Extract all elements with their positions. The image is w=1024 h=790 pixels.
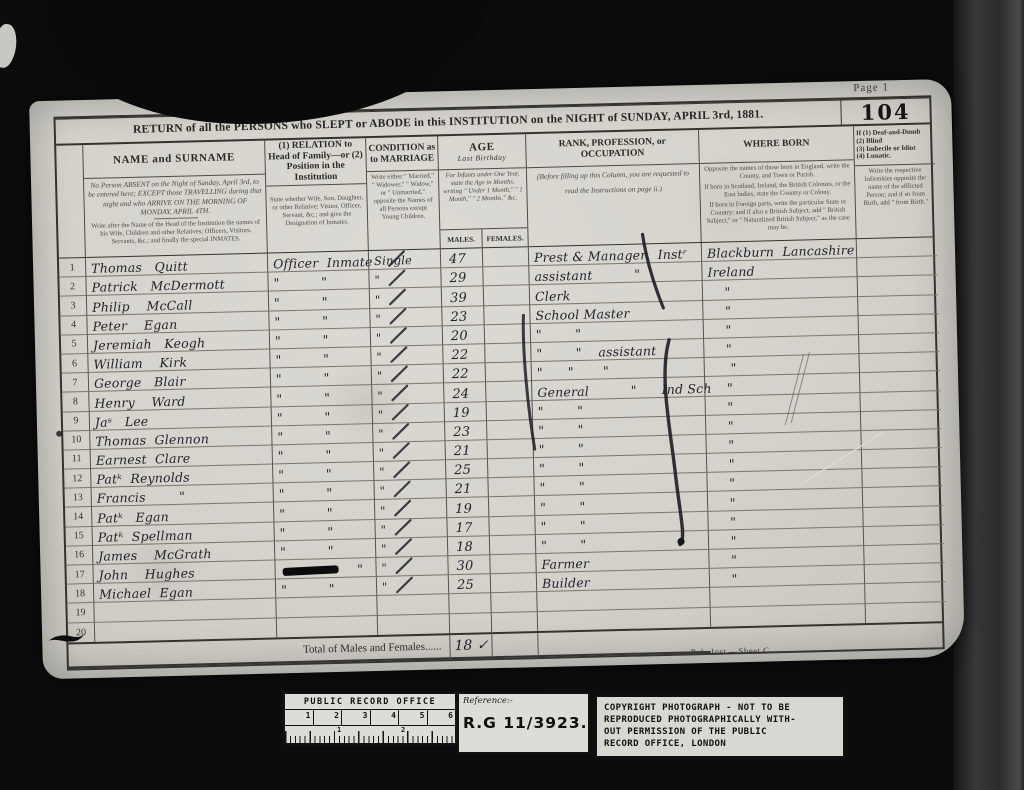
copyright-line: COPYRIGHT PHOTOGRAPH - NOT TO BE	[604, 702, 836, 714]
condition-cell	[376, 595, 448, 616]
row-number: 10	[63, 431, 89, 451]
copyright-box: COPYRIGHT PHOTOGRAPH - NOT TO BE REPRODU…	[594, 694, 846, 759]
torn-paper-scrap	[0, 23, 19, 70]
infirmity-cell	[859, 352, 940, 373]
column-header-name: NAME and SURNAME No Person ABSENT on the…	[82, 141, 267, 257]
male-age-cell: 23	[444, 421, 486, 441]
condition-cell: "	[371, 364, 443, 385]
row-number: 6	[61, 354, 87, 374]
relation-column-note: State whether Wife, Son, Daughter, or ot…	[269, 194, 364, 228]
infirmity-cell	[858, 314, 939, 335]
row-number: 15	[65, 527, 91, 547]
infirmity-cell	[860, 429, 941, 450]
female-age-cell	[491, 612, 537, 632]
ruler-cm-5: 5	[399, 710, 428, 725]
male-age-cell: 29	[440, 268, 482, 288]
male-age-cell: 22	[442, 344, 484, 364]
females-subcolumn-label: FEMALES.	[482, 228, 527, 247]
ruler-cm-4: 4	[371, 710, 400, 725]
relation-cell	[276, 616, 377, 638]
condition-cell: "	[372, 403, 444, 424]
female-age-cell	[490, 592, 536, 612]
row-number: 20	[68, 622, 94, 642]
row-number: 1	[59, 258, 85, 278]
infirmity-cell	[865, 602, 946, 623]
copyright-line: RECORD OFFICE, LONDON	[604, 738, 836, 750]
female-age-cell	[486, 420, 532, 440]
born-column-note1: Opposite the names of those born in Engl…	[703, 162, 851, 182]
reference-number: R.G 11/3923.	[463, 714, 584, 732]
female-age-cell	[482, 247, 528, 267]
name-column-title: NAME and SURNAME	[83, 141, 265, 179]
male-age-cell: 20	[442, 325, 484, 345]
condition-cell: "	[373, 480, 445, 501]
born-column-note2: If born in Scotland, Ireland, the Britis…	[703, 180, 851, 200]
condition-cell	[377, 614, 449, 635]
female-age-cell	[483, 286, 529, 306]
row-number: 8	[62, 392, 88, 412]
column-header-born: WHERE BORN Opposite the names of those b…	[698, 126, 856, 242]
born-column-note3: If born in Foreign parts, write the part…	[704, 198, 853, 234]
female-age-cell	[489, 554, 535, 574]
female-age-cell	[487, 458, 533, 478]
page-number-label: Page 1	[853, 81, 889, 94]
condition-cell: "	[371, 384, 443, 405]
ruler-tick-strip: 1 2	[285, 726, 455, 743]
ruler-cm-6: 6	[428, 710, 456, 725]
infirmity-cell	[856, 237, 937, 258]
sheet-type-label: Pub. Inst.—Sheet C.	[691, 645, 773, 657]
occupation-cell	[537, 607, 710, 630]
pro-title: PUBLIC RECORD OFFICE	[285, 694, 455, 710]
male-age-cell: 25	[445, 459, 487, 479]
row-number: 11	[64, 450, 90, 470]
male-age-cell: 17	[446, 517, 488, 537]
infirmity-cell	[857, 276, 938, 297]
male-age-cell: 19	[444, 402, 486, 422]
table-header: NAME and SURNAME No Person ABSENT on the…	[56, 124, 932, 258]
female-age-cell	[484, 324, 530, 344]
row-number: 14	[65, 507, 91, 527]
relation-cell: " "	[274, 539, 375, 561]
public-record-office-box: PUBLIC RECORD OFFICE 1 2 3 4 5 6 1 2	[283, 692, 457, 745]
infirmity-cell	[859, 371, 940, 392]
condition-cell: "	[369, 288, 441, 309]
born-cell	[710, 604, 865, 627]
born-column-title: WHERE BORN	[699, 126, 854, 164]
male-age-cell: 23	[441, 306, 483, 326]
female-age-cell	[489, 535, 535, 555]
infirmity-cell	[864, 563, 945, 584]
infirmity-cell	[863, 525, 944, 546]
folio-number-stamp: 104	[860, 98, 910, 124]
condition-cell: "	[373, 460, 445, 481]
table-body: 1Thomas QuittOfficer InmateSingle47Prest…	[59, 237, 942, 644]
condition-cell: "	[375, 556, 447, 577]
female-age-cell	[483, 305, 529, 325]
column-header-condition: CONDITION as to MARRIAGE Write either " …	[365, 136, 440, 250]
female-age-cell	[488, 497, 534, 517]
infirmity-cell	[862, 487, 943, 508]
relation-cell	[275, 596, 376, 618]
male-age-cell: 22	[443, 363, 485, 383]
census-table: RETURN of all the PERSONS who SLEPT or A…	[53, 95, 944, 670]
folio-stamp-cell: 104	[840, 98, 930, 124]
condition-cell: "	[372, 422, 444, 443]
row-number: 5	[61, 335, 87, 355]
male-age-cell: 21	[445, 479, 487, 499]
reference-box: Reference:- R.G 11/3923.	[457, 692, 590, 754]
female-age-cell	[487, 477, 533, 497]
male-age-cell: 18	[447, 536, 489, 556]
row-number: 3	[60, 296, 86, 316]
column-header-number	[56, 145, 85, 258]
relation-cell: " "	[269, 347, 370, 369]
column-header-relation: (1) RELATION to Head of Family—or (2) Po…	[264, 138, 368, 252]
occupation-column-note: (Before filling up this Column, you are …	[530, 166, 697, 200]
condition-column-note: Write either " Married," " Widower," " W…	[370, 172, 436, 222]
male-age-cell: 47	[440, 248, 482, 268]
row-number: 18	[67, 584, 93, 604]
infirmity-column-note: Write the respective Infirmities opposit…	[858, 166, 933, 208]
condition-cell: "	[375, 537, 447, 558]
male-age-cell	[449, 613, 491, 633]
relation-cell: " "	[272, 443, 373, 465]
reference-label: Reference:-	[463, 696, 584, 706]
redaction-mark	[282, 565, 338, 576]
female-age-cell	[484, 343, 530, 363]
infirmity-cell	[861, 467, 942, 488]
female-age-cell	[488, 516, 534, 536]
relation-cell: " "	[267, 270, 368, 292]
ruler-cm-1: 1	[285, 710, 314, 725]
condition-cell: "	[374, 518, 446, 539]
occupation-column-title: RANK, PROFESSION, or OCCUPATION	[526, 130, 699, 168]
infirmity-cell	[862, 506, 943, 527]
relation-cell: "	[274, 558, 375, 580]
male-age-cell: 25	[448, 574, 490, 594]
relation-cell: " "	[273, 520, 374, 542]
column-header-age: AGE Last Birthday For Infants under One …	[437, 134, 528, 248]
female-age-cell	[485, 381, 531, 401]
relation-cell: " "	[271, 424, 372, 446]
age-column-note: For Infants under One Year, state the Ag…	[442, 170, 524, 204]
female-age-cell	[485, 362, 531, 382]
male-age-cell: 39	[441, 287, 483, 307]
ruler-cm-3: 3	[342, 710, 371, 725]
condition-cell: "	[376, 575, 448, 596]
relation-cell: " "	[268, 289, 369, 311]
ruler-cm-2: 2	[314, 710, 343, 725]
infirmity-cell	[858, 333, 939, 354]
female-age-cell	[486, 439, 532, 459]
relation-cell: " "	[270, 366, 371, 388]
relation-cell: " "	[272, 481, 373, 503]
copyright-line: REPRODUCED PHOTOGRAPHICALLY WITH-	[604, 714, 836, 726]
infirmity-cell	[859, 391, 940, 412]
relation-cell: " "	[268, 309, 369, 331]
female-age-cell	[482, 266, 528, 286]
column-header-infirmity: If (1) Deaf-and-Dumb (2) Blind (3) Imbec…	[853, 124, 937, 238]
condition-cell: "	[369, 307, 441, 328]
males-subcolumn-label: MALES.	[440, 229, 482, 248]
infirmity-column-title: If (1) Deaf-and-Dumb (2) Blind (3) Imbec…	[854, 124, 935, 166]
male-age-cell: 24	[443, 383, 485, 403]
copyright-line: OUT PERMISSION OF THE PUBLIC	[604, 726, 836, 738]
relation-cell: " "	[275, 577, 376, 599]
relation-column-title: (1) RELATION to Head of Family—or (2) Po…	[265, 138, 366, 186]
census-paper: Page 1 RETURN of all the PERSONS who SLE…	[29, 79, 965, 679]
condition-cell: "	[370, 345, 442, 366]
condition-column-title: CONDITION as to MARRIAGE	[366, 136, 438, 172]
row-number: 17	[66, 565, 92, 585]
total-males-value: 18 ✓	[449, 634, 492, 659]
relation-cell: " "	[273, 500, 374, 522]
female-age-cell	[486, 401, 532, 421]
row-number: 12	[64, 469, 90, 489]
male-age-cell: 30	[447, 555, 489, 575]
infirmity-cell	[861, 448, 942, 469]
infirmity-cell	[864, 582, 945, 603]
infirmity-cell	[860, 410, 941, 431]
relation-cell: " "	[270, 385, 371, 407]
male-age-cell	[448, 594, 490, 614]
condition-cell: "	[373, 441, 445, 462]
male-age-cell: 19	[446, 498, 488, 518]
row-number: 9	[63, 411, 89, 431]
relation-cell: " "	[272, 462, 373, 484]
row-number: 16	[66, 546, 92, 566]
row-number: 13	[65, 488, 91, 508]
column-header-occupation: RANK, PROFESSION, or OCCUPATION (Before …	[525, 130, 701, 246]
note-divider	[153, 217, 197, 219]
name-column-note2: Write after the Name of the Head of the …	[88, 219, 264, 247]
age-column-subtitle: Last Birthday	[458, 154, 507, 164]
infirmity-cell	[857, 295, 938, 316]
condition-cell: "	[368, 269, 440, 290]
row-number: 7	[62, 373, 88, 393]
relation-cell: Officer Inmate	[267, 251, 368, 273]
relation-cell: " "	[269, 328, 370, 350]
condition-cell: "	[374, 499, 446, 520]
infirmity-cell	[863, 544, 944, 565]
row-number: 19	[67, 603, 93, 623]
census-photograph: { "page": { "page_label": "Page 1", "sta…	[0, 0, 1024, 790]
relation-cell: " "	[271, 405, 372, 427]
row-number: 4	[60, 316, 86, 336]
ruler-inch-1: 1	[337, 726, 341, 734]
total-empty-cell	[537, 629, 711, 657]
photo-edge-band	[954, 0, 1024, 790]
name-column-note1: No Person ABSENT on the Night of Sunday,…	[87, 177, 263, 218]
row-number: 2	[59, 277, 85, 297]
condition-cell: "	[370, 326, 442, 347]
infirmity-cell	[856, 256, 937, 277]
female-age-cell	[490, 573, 536, 593]
condition-cell: Single	[368, 249, 440, 270]
male-age-cell: 21	[445, 440, 487, 460]
total-females-value	[491, 633, 538, 658]
ruler-cm-scale: 1 2 3 4 5 6	[285, 710, 455, 726]
ruler-inch-2: 2	[401, 726, 405, 734]
name-cell	[94, 618, 276, 642]
age-column-title: AGE	[469, 141, 495, 154]
